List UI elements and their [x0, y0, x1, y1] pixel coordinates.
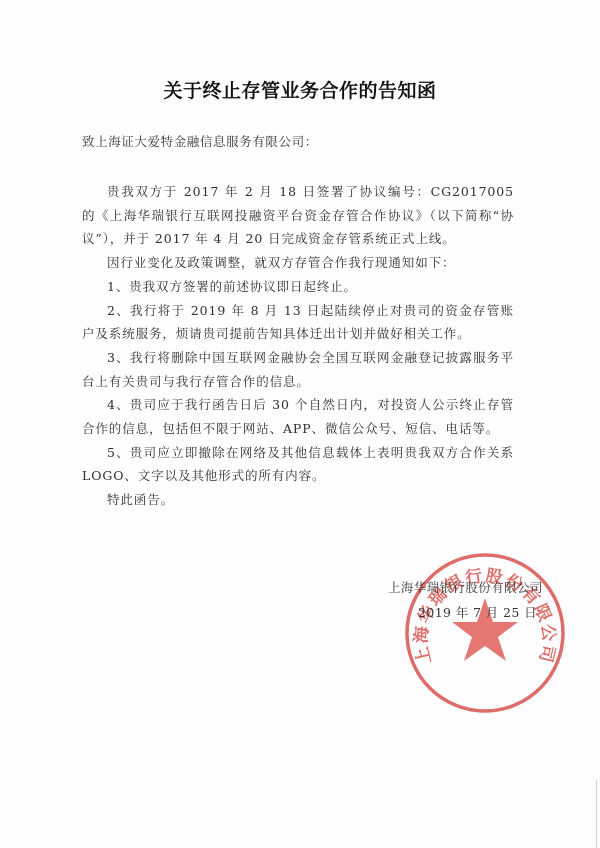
signature-organization: 上海华瑞银行股份有限公司 [388, 578, 543, 596]
document-page: 关于终止存管业务合作的告知函 致上海证大爱特金融信息服务有限公司： 贵我双方于 … [0, 0, 600, 848]
paragraph-item-5: 5、贵司应立即撤除在网络及其他信息载体上表明贵我双方合作关系 LOGO、文字以及… [82, 441, 514, 488]
document-title: 关于终止存管业务合作的告知函 [0, 76, 600, 103]
salutation: 致上海证大爱特金融信息服务有限公司： [82, 132, 318, 150]
company-seal-icon: 上海华瑞银行股份有限公司 [400, 548, 570, 718]
page-edge-divider [596, 780, 597, 848]
paragraph-agreement: 贵我双方于 2017 年 2 月 18 日签署了协议编号：CG2017005 的… [82, 180, 514, 251]
signature-date: 2019 年 7 月 25 日 [418, 603, 537, 621]
paragraph-item-2: 2、我行将于 2019 年 8 月 13 日起陆续停止对贵司的资金存管账户及系统… [82, 299, 514, 346]
paragraph-closing: 特此函告。 [82, 488, 514, 512]
paragraph-item-4: 4、贵司应于我行函告日后 30 个自然日内，对投资人公示终止存管合作的信息，包括… [82, 393, 514, 440]
paragraph-item-3: 3、我行将删除中国互联网金融协会全国互联网金融登记披露服务平台上有关贵司与我行存… [82, 346, 514, 393]
paragraph-notice-intro: 因行业变化及政策调整，就双方存管合作我行现通知如下： [82, 251, 514, 275]
paragraph-item-1: 1、贵我双方签署的前述协议即日起终止。 [82, 275, 514, 299]
document-body: 贵我双方于 2017 年 2 月 18 日签署了协议编号：CG2017005 的… [82, 180, 514, 512]
